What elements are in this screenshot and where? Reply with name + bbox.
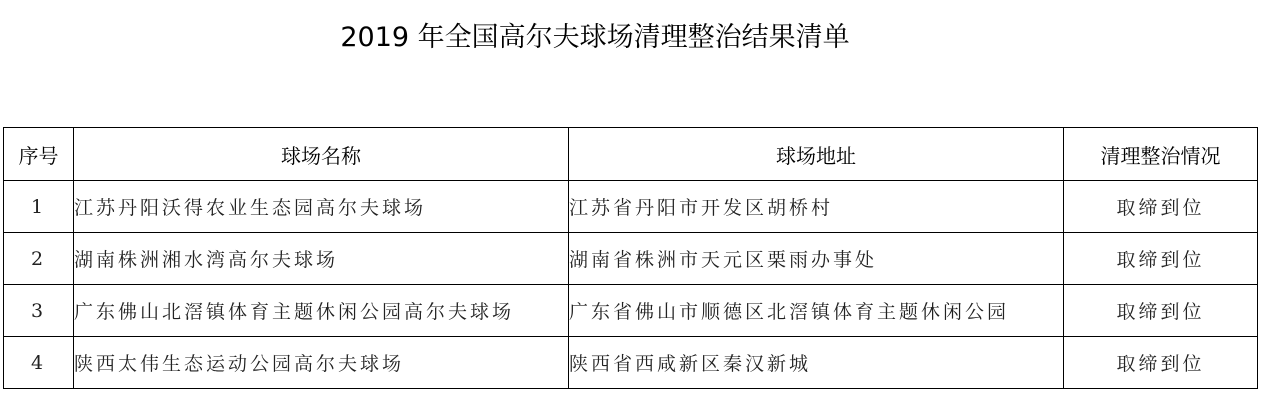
table-header-row: 序号 球场名称 球场地址 清理整治情况 <box>4 128 1258 181</box>
table-row: 2 湖南株洲湘水湾高尔夫球场 湖南省株洲市天元区栗雨办事处 取缔到位 <box>4 233 1258 285</box>
table-row: 3 广东佛山北滘镇体育主题休闲公园高尔夫球场 广东省佛山市顺德区北滘镇体育主题休… <box>4 285 1258 337</box>
table-row: 1 江苏丹阳沃得农业生态园高尔夫球场 江苏省丹阳市开发区胡桥村 取缔到位 <box>4 181 1258 233</box>
cell-no: 2 <box>4 233 74 285</box>
cell-name: 陕西太伟生态运动公园高尔夫球场 <box>74 337 569 389</box>
cell-status: 取缔到位 <box>1064 285 1258 337</box>
cell-no: 1 <box>4 181 74 233</box>
cell-status: 取缔到位 <box>1064 337 1258 389</box>
document-title: 2019 年全国高尔夫球场清理整治结果清单 <box>0 18 1190 58</box>
cell-name: 广东佛山北滘镇体育主题休闲公园高尔夫球场 <box>74 285 569 337</box>
header-name: 球场名称 <box>74 128 569 181</box>
cell-address: 湖南省株洲市天元区栗雨办事处 <box>569 233 1064 285</box>
header-status: 清理整治情况 <box>1064 128 1258 181</box>
cell-name: 江苏丹阳沃得农业生态园高尔夫球场 <box>74 181 569 233</box>
cell-no: 3 <box>4 285 74 337</box>
table-row: 4 陕西太伟生态运动公园高尔夫球场 陕西省西咸新区秦汉新城 取缔到位 <box>4 337 1258 389</box>
cell-address: 广东省佛山市顺德区北滘镇体育主题休闲公园 <box>569 285 1064 337</box>
cell-status: 取缔到位 <box>1064 233 1258 285</box>
header-no: 序号 <box>4 128 74 181</box>
header-address: 球场地址 <box>569 128 1064 181</box>
cell-address: 江苏省丹阳市开发区胡桥村 <box>569 181 1064 233</box>
cell-address: 陕西省西咸新区秦汉新城 <box>569 337 1064 389</box>
cell-status: 取缔到位 <box>1064 181 1258 233</box>
golf-course-list-table: 序号 球场名称 球场地址 清理整治情况 1 江苏丹阳沃得农业生态园高尔夫球场 江… <box>3 127 1258 389</box>
cell-name: 湖南株洲湘水湾高尔夫球场 <box>74 233 569 285</box>
cell-no: 4 <box>4 337 74 389</box>
